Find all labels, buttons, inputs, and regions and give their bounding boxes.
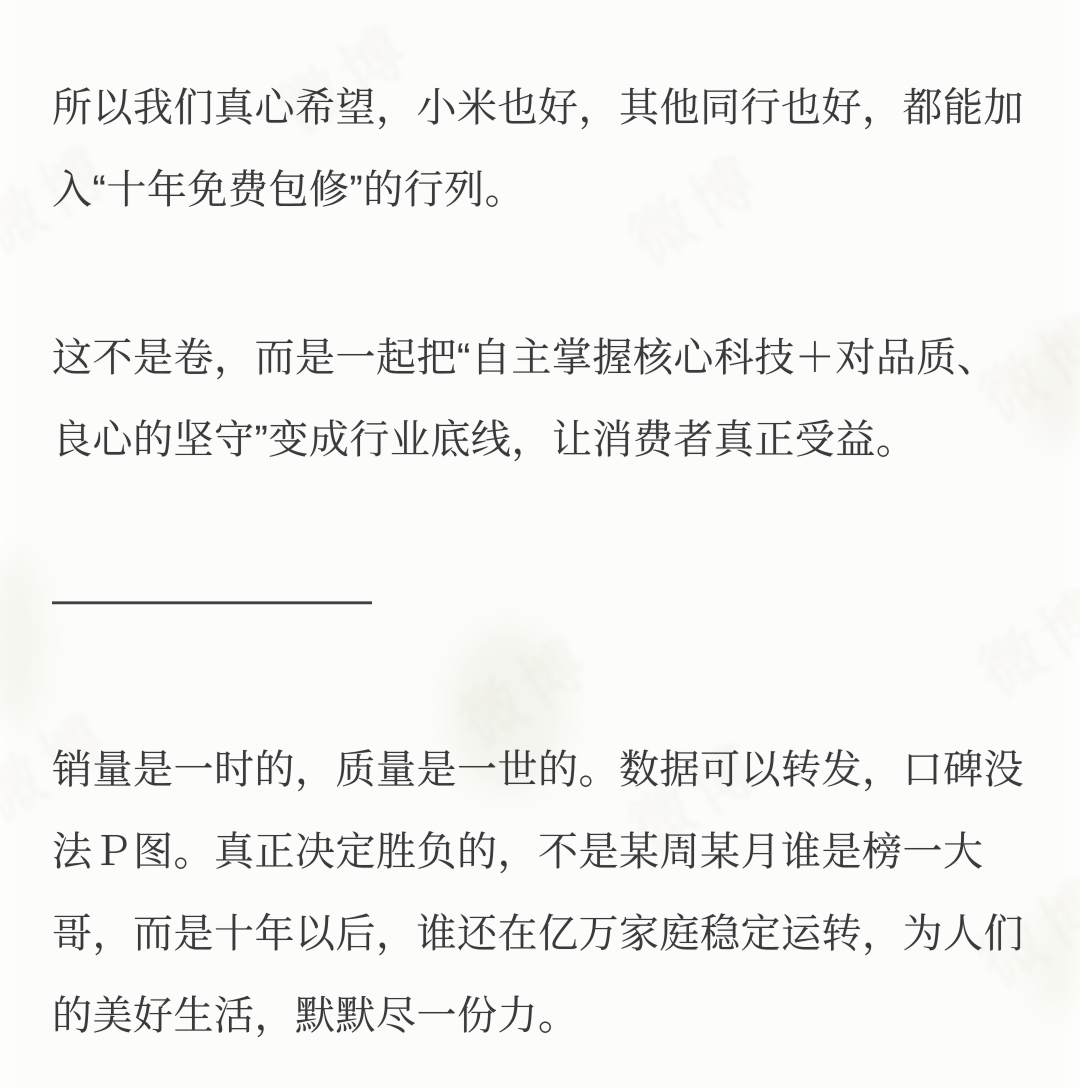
article-body: 所以我们真心希望，小米也好，其他同行也好，都能加 入“十年免费包修”的行列。 这…	[0, 0, 1080, 1057]
text-line: 这不是卷，而是一起把“自主掌握核心科技＋对品质、	[52, 317, 1040, 399]
text-line: 哥，而是十年以后，谁还在亿万家庭稳定运转，为人们	[52, 893, 1040, 975]
divider-line: ————————	[52, 559, 1040, 641]
text-line: 的美好生活，默默尽一份力。	[52, 975, 1040, 1057]
paragraph-2: 这不是卷，而是一起把“自主掌握核心科技＋对品质、 良心的坚守”变成行业底线，让消…	[52, 317, 1040, 481]
text-line: 销量是一时的，质量是一世的。数据可以转发，口碑没	[52, 729, 1040, 811]
article-page: 微博 微博 微博 微博 微博 微博 微博 微博 微博 所以我们真心希望，小米也好…	[0, 0, 1080, 1088]
text-line: 所以我们真心希望，小米也好，其他同行也好，都能加	[52, 67, 1040, 149]
paragraph-3: 销量是一时的，质量是一世的。数据可以转发，口碑没 法Ｐ图。真正决定胜负的，不是某…	[52, 729, 1040, 1057]
text-line: 良心的坚守”变成行业底线，让消费者真正受益。	[52, 399, 1040, 481]
paragraph-1: 所以我们真心希望，小米也好，其他同行也好，都能加 入“十年免费包修”的行列。	[52, 67, 1040, 231]
text-line: 法Ｐ图。真正决定胜负的，不是某周某月谁是榜一大	[52, 811, 1040, 893]
text-line: 入“十年免费包修”的行列。	[52, 149, 1040, 231]
